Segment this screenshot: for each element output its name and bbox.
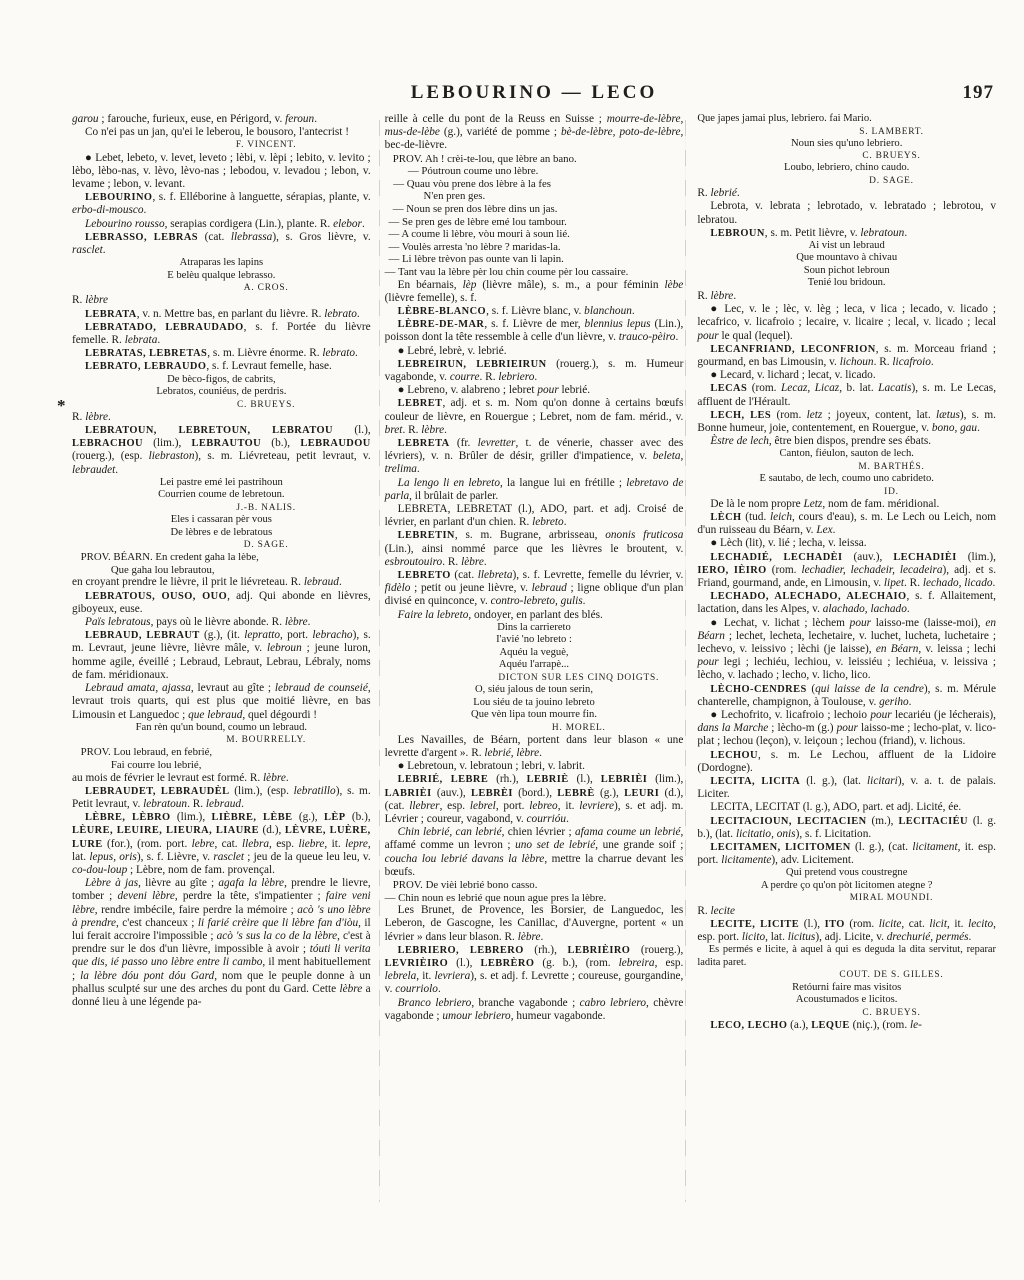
dict-paragraph: LÈCHO-CENDRES (qui laisse de la cendre),…	[697, 683, 996, 709]
dict-paragraph: LEBRIÉ, LEBRE (rh.), LEBRIÈ (l.), LEBRIÈ…	[385, 773, 684, 826]
verse-line: Atraparas les lapins	[72, 257, 371, 270]
dict-paragraph: LECITE, LICITE (l.), ITO (rom. licite, c…	[697, 918, 996, 944]
verse-line: De bèco-figos, de cabrits,	[72, 374, 371, 387]
verse-line: Lei pastre emé lei pastrihoun	[72, 477, 371, 490]
attribution: S. LAMBERT.	[697, 126, 996, 138]
verse: Noun sies qu'uno lebriero.	[697, 138, 996, 151]
dict-paragraph: Branco lebriero, branche vagabonde ; cab…	[385, 997, 684, 1023]
running-head: LEBOURINO — LECO 197	[72, 82, 996, 108]
dict-paragraph: LECO, LECHO (a.), LEQUE (niç.), (rom. le…	[697, 1019, 996, 1032]
dict-paragraph: LÈBRE, LÈBRO (lim.), LIÈBRE, LÈBE (g.), …	[72, 811, 371, 877]
verse-line: PROV. BÉARN. En credent gaha la lèbe,	[81, 551, 371, 564]
verse: De bèco-figos, de cabrits,Lebratos, coun…	[72, 374, 371, 399]
prov-line: PROV. Ah ! crèi-te-lou, que lèbre an ban…	[385, 153, 684, 166]
dict-paragraph: ● Lèch (lit), v. lié ; lecha, v. leissa.	[697, 537, 996, 550]
dict-paragraph: Faire la lebreto, ondoyer, en parlant de…	[385, 609, 684, 622]
verse-line: Lebratos, couniéus, de perdris.	[72, 386, 371, 399]
dict-paragraph: La lengo li en lebreto, la langue lui en…	[385, 477, 684, 503]
dict-paragraph: ● Lechofrito, v. licafroio ; lechoio pou…	[697, 709, 996, 749]
column-2: reille à celle du pont de la Reuss en Su…	[385, 113, 684, 1243]
verse-line: Ai vist un lebraud	[697, 240, 996, 253]
attribution: A. CROS.	[72, 282, 371, 294]
dict-paragraph: LEBRATO, LEBRAUDO, s. f. Levraut femelle…	[72, 360, 371, 373]
dict-paragraph: LEBRATOUN, LEBRETOUN, LEBRATOU (l.), LEB…	[72, 424, 371, 477]
dict-paragraph: LEBRETIN, s. m. Bugrane, arbrisseau, ono…	[385, 529, 684, 569]
verse-line: Lou siéu de ta jouino lebreto	[385, 697, 684, 710]
prov-line: — Li lèbre trèvon pas ounte van li lapin…	[380, 253, 683, 266]
dict-paragraph: LEBRATADO, LEBRAUDADO, s. f. Portée du l…	[72, 321, 371, 347]
margin-asterisk: *	[57, 396, 66, 416]
verse-line: Que mountavo à chivau	[697, 252, 996, 265]
page-number: 197	[963, 82, 995, 104]
attribution: F. VINCENT.	[72, 139, 371, 151]
dict-paragraph: au mois de février le levraut est formé.…	[72, 772, 371, 785]
dict-paragraph: LECAS (rom. Lecaz, Licaz, b. lat. Lacati…	[697, 382, 996, 408]
verse-line: Que japes jamai plus, lebriero. fai Mari…	[697, 113, 996, 126]
dict-paragraph: ● Lebreno, v. alabreno ; lebret pour leb…	[385, 384, 684, 397]
verse-line: Que gaha lou lebrautou,	[81, 564, 371, 577]
verse: Canton, fiéulon, sauton de lech.	[697, 448, 996, 461]
verse-line: Aquéu l'arrapè...	[385, 659, 684, 672]
prov-verse: PROV. BÉARN. En credent gaha la lèbe,Que…	[72, 551, 371, 576]
dict-paragraph: LEBRATA, v. n. Mettre bas, en parlant du…	[72, 308, 371, 321]
dict-paragraph: LECITA, LECITAT (l. g.), ADO, part. et a…	[697, 801, 996, 814]
dict-paragraph: Lebrota, v. lebrata ; lebrotado, v. lebr…	[697, 200, 996, 226]
prov-verse: — Quau vòu prene dos lèbre à la fesN'en …	[385, 178, 684, 203]
verse-line: O, siéu jalous de toun serin,	[385, 684, 684, 697]
dict-paragraph: LEBROUN, s. m. Petit lièvre, v. lebratou…	[697, 227, 996, 240]
dict-paragraph: LEBRATAS, LEBRETAS, s. m. Lièvre énorme.…	[72, 347, 371, 360]
attribution: C. BRUEYS.	[697, 1007, 996, 1019]
verse-line: Qui pretend vous coustregne	[697, 867, 996, 880]
dict-paragraph: ● Lec, v. le ; lèc, v. lèg ; leca, v lic…	[697, 303, 996, 343]
verse-line: Acoustumados e licitos.	[697, 994, 996, 1007]
attribution: MIRAL MOUNDI.	[697, 892, 996, 904]
dict-paragraph: R. lecite	[697, 905, 996, 918]
dict-paragraph: LECITAMEN, LICITOMEN (l. g.), (cat. lici…	[697, 841, 996, 867]
dict-paragraph: ● Lechat, v. lichat ; lèchem pour laisso…	[697, 617, 996, 683]
attribution: ID.	[697, 486, 996, 498]
verse-line: Courrien coume de lebretoun.	[72, 489, 371, 502]
citation-paragraph: Es permés e licite, à aquel à qui es deg…	[697, 944, 996, 969]
verse-line: Fai courre lou lebrié,	[81, 759, 371, 772]
dict-paragraph: LECHADO, ALECHADO, ALECHAIO, s. f. Allai…	[697, 590, 996, 616]
verse-line: PROV. Lou lebraud, en febrié,	[81, 746, 371, 759]
attribution: DICTON SUR LES CINQ DOIGTS.	[385, 672, 684, 684]
prov-line: — Voulès arresta 'no lèbre ? maridas-la.	[380, 241, 683, 254]
dict-paragraph: R. lèbre	[72, 294, 371, 307]
dict-paragraph: LEBRATOUS, OUSO, OUO, adj. Qui abonde en…	[72, 590, 371, 616]
verse-line: — Quau vòu prene dos lèbre à la fes	[393, 178, 683, 191]
verse: Atraparas les lapinsE belèu qualque lebr…	[72, 257, 371, 282]
dict-paragraph: Lebraud amata, ajassa, levraut au gîte ;…	[72, 682, 371, 722]
dict-paragraph: En béarnais, lèp (lièvre mâle), s. m., a…	[385, 279, 684, 305]
column-1: garou ; farouche, furieux, euse, en Péri…	[72, 113, 371, 1243]
prov-verse: PROV. Lou lebraud, en febrié,Fai courre …	[72, 746, 371, 771]
verse: Dins la carrieretoI'avié 'no lebreto :Aq…	[385, 622, 684, 672]
prov-line: — Noun se pren dos lèbre dins un jas.	[385, 203, 684, 216]
verse: Retóurni faire mas visitosAcoustumados e…	[697, 982, 996, 1007]
prov-line: — Se pren ges de lèbre emé lou tambour.	[380, 216, 683, 229]
dict-paragraph: LEBRETA (fr. levretter, t. de vénerie, c…	[385, 437, 684, 477]
dict-paragraph: Lèbre à jas, lièvre au gîte ; agafa la l…	[72, 877, 371, 1009]
prov-line: — Tant vau la lèbre pèr lou chin coume p…	[377, 266, 684, 279]
dict-paragraph: ● Lebet, lebeto, v. levet, leveto ; lèbi…	[72, 152, 371, 192]
verse: Eles i cassaran pèr vousDe lèbres e de l…	[72, 514, 371, 539]
dict-paragraph: ● Lebré, lebrè, v. lebrié.	[385, 345, 684, 358]
verse-line: I'avié 'no lebreto :	[385, 634, 684, 647]
attribution: H. MOREL.	[385, 722, 684, 734]
dict-paragraph: LEBRAUDET, LEBRAUDÈL (lim.), (esp. lebra…	[72, 785, 371, 811]
dict-paragraph: LECITACIOUN, LECITACIEN (m.), LECITACIÉU…	[697, 815, 996, 841]
dict-paragraph: LECANFRIAND, LECONFRION, s. m. Morceau f…	[697, 343, 996, 369]
prov-line: — A coume li lèbre, vòu mouri à soun lié…	[380, 228, 683, 241]
dict-paragraph: LEBRAUD, LEBRAUT (g.), (it. lepratto, po…	[72, 629, 371, 682]
verse-line: Retóurni faire mas visitos	[697, 982, 996, 995]
verse-line: E belèu qualque lebrasso.	[72, 270, 371, 283]
dict-paragraph: Èstre de lech, être bien dispos, prendre…	[697, 435, 996, 448]
dict-paragraph: Chin lebrié, can lebrié, chien lévrier ;…	[385, 826, 684, 879]
verse-line: Que vèn lipa toun mourre fin.	[385, 709, 684, 722]
dict-paragraph: LEBOURINO, s. f. Elléborine à languette,…	[72, 191, 371, 217]
verse: Ai vist un lebraudQue mountavo à chivauS…	[697, 240, 996, 290]
dict-paragraph: Co n'ei pas un jan, qu'ei le leberou, le…	[72, 126, 371, 139]
dict-paragraph: LEBRET, adj. et s. m. Nom qu'on donne à …	[385, 397, 684, 437]
dict-paragraph: LEBRETA, LEBRETAT (l.), ADO, part. et ad…	[385, 503, 684, 529]
attribution: D. SAGE.	[72, 539, 371, 551]
dict-paragraph: LÈBRE-DE-MAR, s. f. Lièvre de mer, blenn…	[385, 318, 684, 344]
attribution: COUT. DE S. GILLES.	[697, 969, 996, 981]
dict-paragraph: De là le nom propre Letz, nom de fam. mé…	[697, 498, 996, 511]
dict-paragraph: Les Brunet, de Provence, les Borsier, de…	[385, 904, 684, 944]
dict-paragraph: garou ; farouche, furieux, euse, en Péri…	[72, 113, 371, 126]
dict-paragraph: LÈCH (tud. leich, cours d'eau), s. m. Le…	[697, 511, 996, 537]
attribution: J.-B. NALIS.	[72, 502, 371, 514]
prov-line: PROV. De vièi lebrié bono casso.	[385, 879, 684, 892]
verse-line: Canton, fiéulon, sauton de lech.	[697, 448, 996, 461]
verse-line: N'en pren ges.	[393, 190, 683, 203]
verse: O, siéu jalous de toun serin,Lou siéu de…	[385, 684, 684, 722]
dict-paragraph: LEBREIRUN, LEBRIEIRUN (rouerg.), s. m. H…	[385, 358, 684, 384]
dict-paragraph: Païs lebratous, pays où le lièvre abonde…	[72, 616, 371, 629]
verse: Que japes jamai plus, lebriero. fai Mari…	[697, 113, 996, 126]
verse: Fan rèn qu'un bound, coumo un lebraud.	[72, 722, 371, 735]
dict-paragraph: reille à celle du pont de la Reuss en Su…	[385, 113, 684, 153]
verse-line: De lèbres e de lebratous	[72, 527, 371, 540]
dict-paragraph: LECHADIÉ, LECHADÈI (auv.), LECHADIÈI (li…	[697, 551, 996, 591]
verse-line: Aquéu la veguè,	[385, 647, 684, 660]
attribution: M. BARTHÉS.	[697, 461, 996, 473]
scanned-dictionary-page: LEBOURINO — LECO 197 * garou ; farouche,…	[0, 0, 1024, 1280]
dict-paragraph: LECHOU, s. m. Le Lechou, affluent de la …	[697, 749, 996, 775]
dict-paragraph: R. lebrié.	[697, 187, 996, 200]
attribution: D. SAGE.	[697, 175, 996, 187]
dict-paragraph: LECH, LES (rom. letz ; joyeux, content, …	[697, 409, 996, 435]
verse-line: Noun sies qu'uno lebriero.	[697, 138, 996, 151]
dict-paragraph: Lebourino rousso, serapias cordigera (Li…	[72, 218, 371, 231]
verse: Lei pastre emé lei pastrihounCourrien co…	[72, 477, 371, 502]
verse-line: E sautabo, de lech, coumo uno cabrideto.	[697, 473, 996, 486]
dict-paragraph: LEBRETO (cat. llebreta), s. f. Levrette,…	[385, 569, 684, 609]
dict-paragraph: LEBRASSO, LEBRAS (cat. llebrassa), s. Gr…	[72, 231, 371, 257]
dict-paragraph: Les Navailles, de Béarn, portent dans le…	[385, 734, 684, 760]
verse-line: Dins la carriereto	[385, 622, 684, 635]
page-title: LEBOURINO — LECO	[72, 82, 996, 104]
dict-paragraph: LECITA, LICITA (l. g.), (lat. licitari),…	[697, 775, 996, 801]
column-3: Que japes jamai plus, lebriero. fai Mari…	[697, 113, 996, 1243]
prov-line: — Chin noun es lebrié que noun ague pres…	[377, 892, 684, 905]
dict-paragraph: LÈBRE-BLANCO, s. f. Lièvre blanc, v. bla…	[385, 305, 684, 318]
dict-paragraph: ● Lecard, v. lichard ; lecat, v. licado.	[697, 369, 996, 382]
verse: E sautabo, de lech, coumo uno cabrideto.	[697, 473, 996, 486]
attribution: C. BRUEYS.	[697, 150, 996, 162]
attribution: M. BOURRELLY.	[72, 734, 371, 746]
verse: Loubo, lebriero, chino caudo.	[697, 162, 996, 175]
verse-line: Loubo, lebriero, chino caudo.	[697, 162, 996, 175]
text-columns: garou ; farouche, furieux, euse, en Péri…	[72, 113, 996, 1243]
prov-line: — Póutroun coume uno lèbre.	[400, 165, 684, 178]
verse-line: Fan rèn qu'un bound, coumo un lebraud.	[72, 722, 371, 735]
dict-paragraph: LEBRIERO, LEBRERO (rh.), LEBRIÈIRO (roue…	[385, 944, 684, 997]
attribution: C. BRUEYS.	[72, 399, 371, 411]
verse-line: Eles i cassaran pèr vous	[72, 514, 371, 527]
dict-paragraph: en croyant prendre le lièvre, il prit le…	[72, 576, 371, 589]
verse-line: Tenié lou bridoun.	[697, 277, 996, 290]
verse-line: A perdre ço qu'on pòt licitomen ategne ?	[697, 880, 996, 893]
verse: Qui pretend vous coustregneA perdre ço q…	[697, 867, 996, 892]
dict-paragraph: ● Lebretoun, v. lebratoun ; lebri, v. la…	[385, 760, 684, 773]
dict-paragraph: R. lèbre.	[697, 290, 996, 303]
dict-paragraph: R. lèbre.	[72, 411, 371, 424]
verse-line: Soun pichot lebroun	[697, 265, 996, 278]
